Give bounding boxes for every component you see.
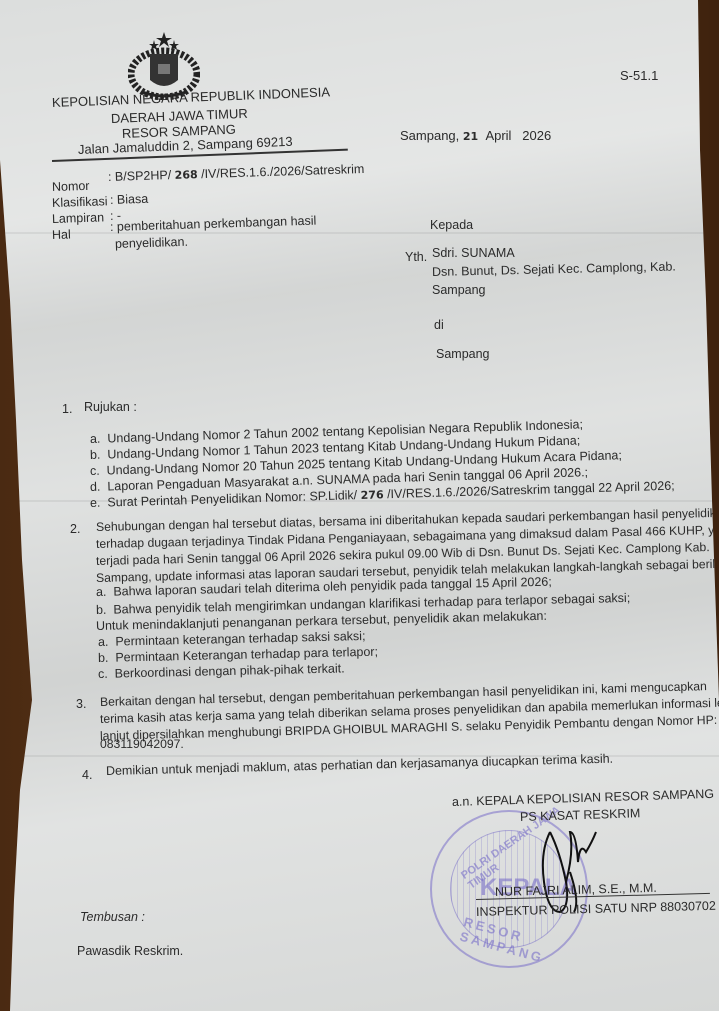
meta-hal-value-2: penyelidikan.	[115, 235, 188, 252]
signature-on-behalf: a.n. KEPALA KEPOLISIAN RESOR SAMPANG	[452, 787, 714, 810]
section2-number: 2.	[70, 522, 80, 537]
recipient-address-2: Sampang	[432, 283, 486, 298]
item-letter: a.	[98, 635, 109, 649]
recipient-city: Sampang	[436, 347, 490, 362]
meta-nomor-value: : B/SP2HP/ 268 /IV/RES.1.6./2026/Satresk…	[108, 162, 365, 185]
item-letter: b.	[96, 603, 107, 617]
recipient-name: Sdri. SUNAMA	[432, 246, 515, 261]
meta-nomor-label: Nomor	[52, 179, 90, 195]
item-letter: d.	[90, 480, 101, 494]
letterhead-address: Jalan Jamaluddin 2, Sampang 69213	[78, 134, 293, 157]
letter-paper: KEPOLISIAN NEGARA REPUBLIK INDONESIA DAE…	[0, 0, 719, 1011]
tembusan-recipient: Pawasdik Reskrim.	[77, 944, 183, 959]
meta-klasifikasi-value: : Biasa	[110, 192, 149, 208]
section1-number: 1.	[62, 402, 72, 417]
recipient-address-1: Dsn. Bunut, Ds. Sejati Kec. Camplong, Ka…	[432, 259, 676, 280]
date-place: Sampang,	[400, 128, 459, 143]
item-letter: c.	[98, 667, 108, 681]
section4-number: 4.	[82, 768, 92, 783]
recipient-yth: Yth.	[405, 250, 427, 265]
section3-line-4: 083119042097.	[100, 737, 184, 752]
date-month: April	[485, 128, 511, 143]
item-letter: b.	[98, 651, 109, 665]
date-day-handwritten: 21	[463, 130, 478, 143]
letter-date: Sampang, 21 April 2026	[400, 128, 551, 144]
meta-hal-label: Hal	[52, 227, 71, 243]
meta-lampiran-label: Lampiran	[52, 210, 105, 227]
date-year: 2026	[522, 128, 551, 143]
nomor-prefix: : B/SP2HP/	[108, 168, 172, 184]
nomor-suffix: /IV/RES.1.6./2026/Satreskrim	[201, 162, 365, 181]
item-letter: b.	[90, 448, 101, 462]
form-code: S-51.1	[620, 68, 658, 83]
section1-title: Rujukan :	[84, 400, 137, 415]
item-letter: a.	[90, 432, 101, 446]
item-letter: a.	[96, 585, 107, 599]
meta-klasifikasi-label: Klasifikasi	[52, 194, 108, 211]
nomor-handwritten: 268	[174, 168, 197, 182]
item-handwritten: 276	[360, 488, 383, 502]
recipient-di: di	[434, 318, 444, 333]
section3-number: 3.	[76, 697, 86, 712]
paper-fold	[0, 232, 719, 234]
item-letter: e.	[90, 496, 101, 510]
item-letter: c.	[90, 464, 100, 478]
recipient-kepada: Kepada	[430, 218, 473, 233]
tembusan-label: Tembusan :	[80, 910, 145, 925]
